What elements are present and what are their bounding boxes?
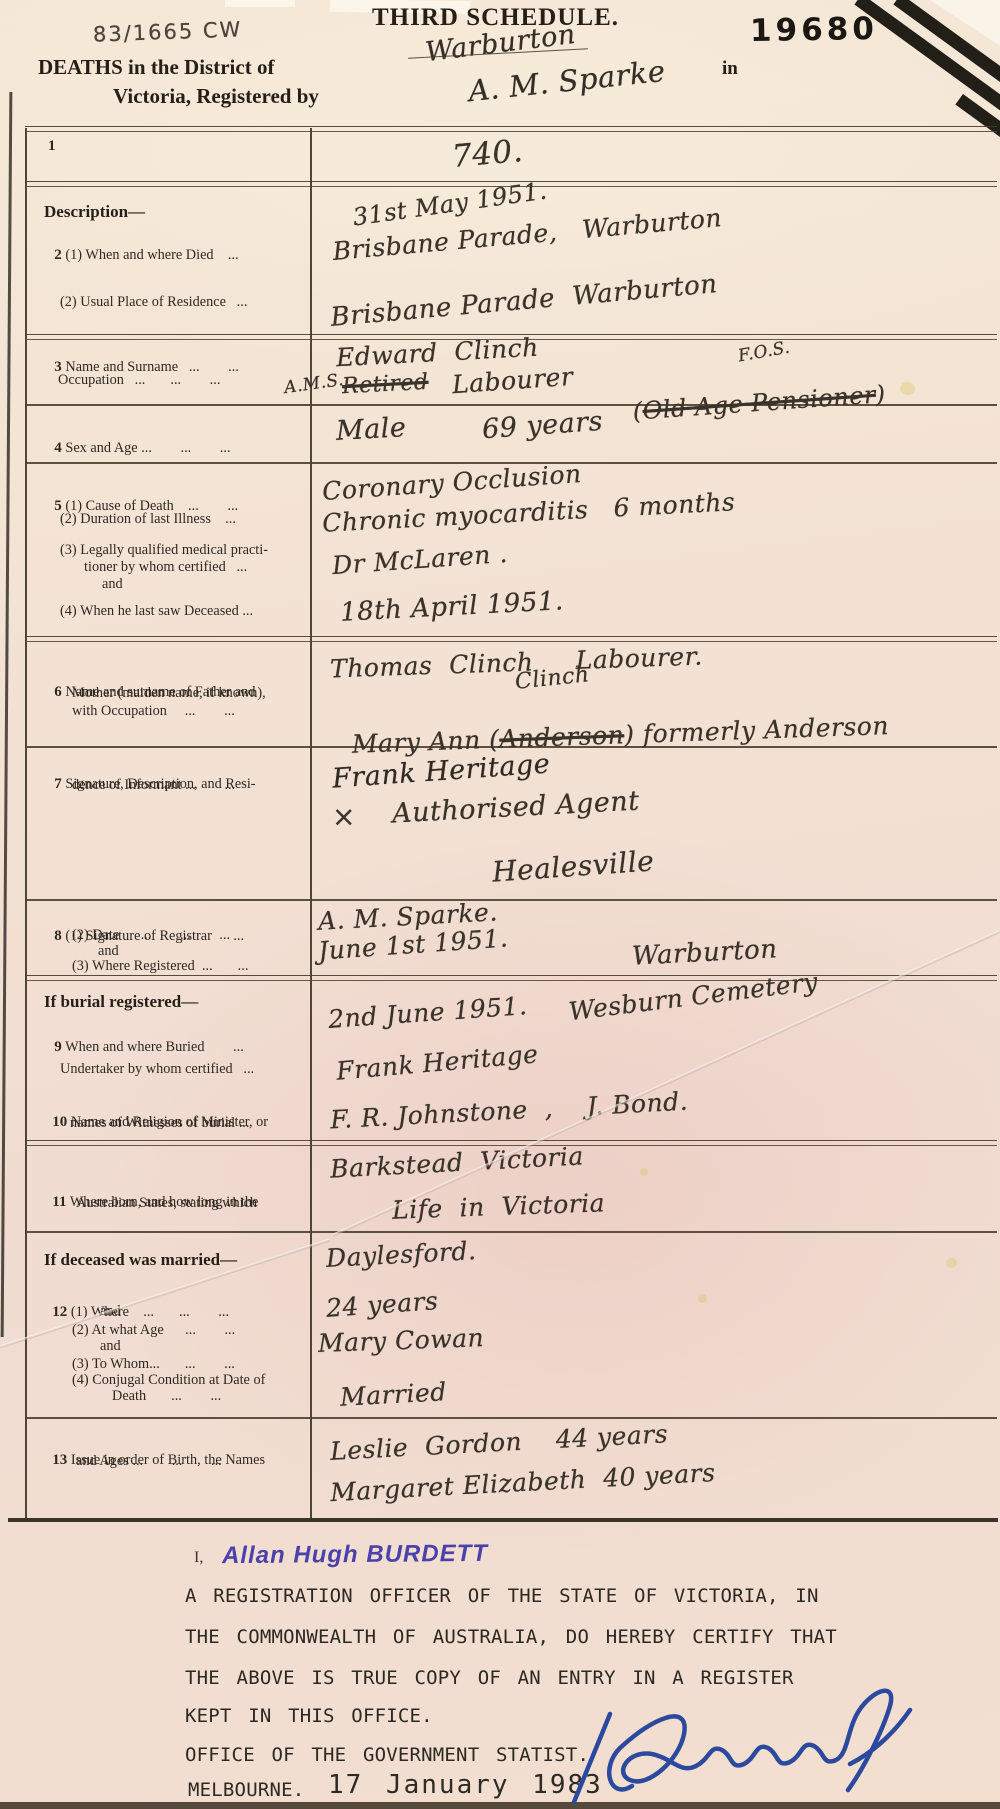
row1-number: 1 (48, 138, 56, 155)
row-divider (25, 975, 997, 981)
deaths-line-1: DEATHS in the District of (38, 55, 274, 80)
row-divider (25, 1231, 997, 1233)
marriage-place: Daylesford. (325, 1236, 477, 1273)
correction-initials: A.M.S. (283, 370, 345, 398)
torn-edge (225, 0, 295, 7)
q-parents-2: Mother (maiden name, if known), (72, 686, 266, 702)
q-informant-2: dence of Informant ... ... (72, 778, 235, 794)
usual-residence: Brisbane Parade Warburton (329, 269, 718, 333)
q-conjugal-2: Death ... ... (112, 1389, 221, 1405)
q-registrar-date: (2) Date ... ... ... (72, 928, 230, 944)
occupation: Labourer (451, 362, 574, 399)
q-minister-witnesses-2: names of Witnesses of burial ... (70, 1116, 249, 1132)
q-undertaker: Undertaker by whom certified ... (60, 1062, 254, 1078)
q-duration-illness: (2) Duration of last Illness ... (60, 512, 236, 528)
fold-crease (332, 925, 1000, 1237)
age: 69 years (481, 406, 604, 445)
burial-witnesses: F. R. Johnstone , J. Bond. (329, 1087, 688, 1135)
informant-description: Authorised Agent (391, 786, 640, 830)
age-spot (900, 382, 915, 395)
q-medical-practitioner-1: (3) Legally qualified medical practi- (60, 543, 268, 559)
q-where-registered: (3) Where Registered ... ... (72, 959, 248, 975)
occupation-parenthetical: (Old Age Pensioner) (597, 352, 888, 456)
cert-place: MELBOURNE. (188, 1779, 304, 1801)
registrar-handwritten: A. M. Sparke (467, 54, 667, 108)
age-spot (698, 1294, 707, 1303)
q-married-and2: and (100, 1339, 121, 1355)
burial-date: 2nd June 1951. (327, 991, 528, 1034)
conjugal-condition: Married (339, 1377, 447, 1412)
cert-i-label: I, (194, 1549, 203, 1567)
description-heading: Description— (44, 202, 145, 222)
spouse-name: Mary Cowan (318, 1323, 485, 1358)
informant-mark: × (332, 800, 356, 833)
q-occupation: Occupation ... ... ... (58, 373, 220, 389)
entry-number: 740. (451, 133, 525, 175)
certifying-doctor: Dr McLaren . (331, 539, 508, 580)
q-sex-age: 4 Sex and Age ... ... ... (40, 424, 231, 472)
row-divider (25, 1417, 997, 1419)
q-issue-2: and Ages ... ... ... (76, 1454, 222, 1470)
sex: Male (335, 412, 407, 447)
marriage-age: 24 years (325, 1286, 439, 1323)
row-divider (25, 899, 997, 901)
q-parents-3: with Occupation ... ... (72, 704, 235, 720)
issue-child-2: Margaret Elizabeth 40 years (330, 1458, 717, 1507)
age-spot (946, 1258, 957, 1268)
row-divider (25, 636, 997, 642)
q-last-saw-deceased: (4) When he last saw Deceased ... (60, 604, 253, 620)
q-married-age: (2) At what Age ... ... (72, 1323, 235, 1339)
married-heading: If deceased was married— (44, 1250, 237, 1270)
q-when-where-died: 2 (1) When and where Died ... (40, 231, 239, 279)
age-spot (640, 1168, 648, 1176)
registration-number-stamp: 19680 (750, 11, 878, 49)
cert-line-4: KEPT IN THIS OFFICE. (185, 1705, 433, 1727)
scan-edge-line (1, 92, 12, 1337)
q-medical-practitioner-and: and (102, 577, 123, 593)
informant-residence: Healesville (491, 844, 655, 888)
q-where-born-2: Australian States, stating which (76, 1196, 257, 1212)
issue-child-1: Leslie Gordon 44 years (329, 1419, 668, 1466)
occupation-struck: Retired (341, 370, 429, 399)
cert-line-5: OFFICE OF THE GOVERNMENT STATIST. (185, 1744, 589, 1766)
where-registered: Warburton (631, 934, 778, 972)
cert-line-1: A REGISTRATION OFFICER OF THE STATE OF V… (185, 1585, 819, 1607)
undertaker-name: Frank Heritage (335, 1039, 539, 1086)
q-married-to-whom: (3) To Whom... ... ... (72, 1357, 235, 1373)
table-border-top (25, 126, 997, 132)
q-usual-residence: (2) Usual Place of Residence ... (60, 295, 247, 311)
certifying-officer-name: Allan Hugh BURDETT (222, 1540, 488, 1570)
last-seen-date: 18th April 1951. (339, 586, 564, 628)
q-conjugal-1: (4) Conjugal Condition at Date of (72, 1373, 265, 1389)
q-medical-practitioner-2: tioner by whom certified ... (84, 560, 247, 576)
death-certificate-scan: THIRD SCHEDULE. 83/1665 CW 19680 DEATHS … (0, 0, 1000, 1809)
burial-heading: If burial registered— (44, 992, 198, 1012)
officer-signature (548, 1668, 918, 1808)
file-number: 83/1665 CW (93, 17, 243, 46)
deaths-line-2: Victoria, Registered by (113, 84, 319, 109)
cert-line-2: THE COMMONWEALTH OF AUSTRALIA, DO HEREBY… (185, 1626, 837, 1648)
table-border-bottom (8, 1518, 998, 1522)
in-label: in (722, 58, 738, 80)
